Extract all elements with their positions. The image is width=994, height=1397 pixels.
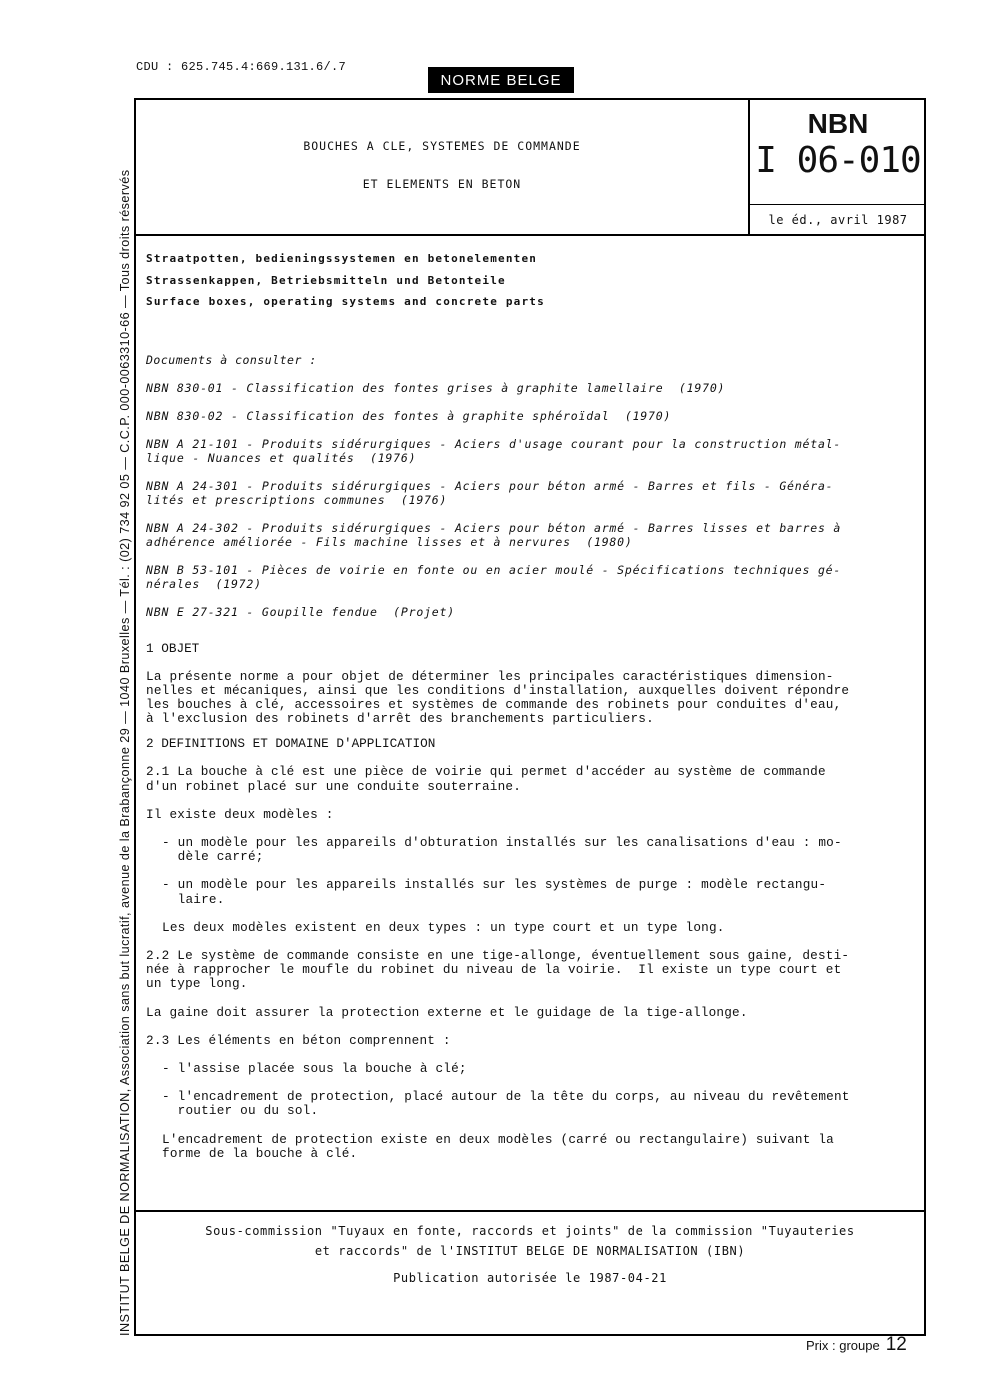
section-2-1-model-2: - un modèle pour les appareils installés… <box>146 878 922 906</box>
document-frame: BOUCHES A CLE, SYSTEMES DE COMMANDE ET E… <box>134 98 926 1336</box>
reference-item: NBN B 53-101 - Pièces de voirie en fonte… <box>146 563 922 591</box>
nbn-label: NBN <box>750 108 926 140</box>
section-2-heading: 2 DEFINITIONS ET DOMAINE D'APPLICATION <box>146 736 922 751</box>
section-2-2-gaine: La gaine doit assurer la protection exte… <box>146 1006 922 1020</box>
section-1-heading: 1 OBJET <box>146 641 922 656</box>
section-2-1-text: 2.1 La bouche à clé est une pièce de voi… <box>146 765 922 793</box>
translation-en: Surface boxes, operating systems and con… <box>146 291 922 313</box>
edition-date: le éd., avril 1987 <box>750 205 926 236</box>
price-label: Prix : groupe <box>806 1338 880 1353</box>
section-2-1-models-intro: Il existe deux modèles : <box>146 808 922 822</box>
section-2-1-types: Les deux modèles existent en deux types … <box>146 921 922 935</box>
section-2-3-item-1: - l'assise placée sous la bouche à clé; <box>146 1062 922 1076</box>
nbn-number: I 06-010 <box>750 140 926 181</box>
section-1-text: La présente norme a pour objet de déterm… <box>146 670 922 727</box>
translation-de: Strassenkappen, Betriebsmitteln und Beto… <box>146 270 922 292</box>
nbn-box: NBN I 06-010 <box>750 100 926 205</box>
section-2-3-text: 2.3 Les éléments en béton comprennent : <box>146 1034 922 1048</box>
reference-list: NBN 830-01 - Classification des fontes g… <box>146 381 922 619</box>
translation-nl: Straatpotten, bedieningssystemen en beto… <box>146 248 922 270</box>
document-title-line2: ET ELEMENTS EN BETON <box>136 177 748 191</box>
reference-item: NBN A 24-302 - Produits sidérurgiques - … <box>146 521 922 549</box>
footer-commission-line2: et raccords" de l'INSTITUT BELGE DE NORM… <box>136 1244 924 1258</box>
reference-item: NBN A 24-301 - Produits sidérurgiques - … <box>146 479 922 507</box>
section-2-3-note: L'encadrement de protection existe en de… <box>146 1133 922 1161</box>
publisher-side-text: INSTITUT BELGE DE NORMALISATION, Associa… <box>118 170 132 1336</box>
section-2-1-model-1: - un modèle pour les appareils d'obturat… <box>146 836 922 864</box>
cdu-classification: CDU : 625.745.4:669.131.6/.7 <box>136 60 346 74</box>
reference-item: NBN 830-01 - Classification des fontes g… <box>146 381 922 395</box>
price-group-number: 12 <box>886 1334 907 1355</box>
norme-belge-badge: NORME BELGE <box>428 67 574 93</box>
reference-item: NBN 830-02 - Classification des fontes à… <box>146 409 922 423</box>
section-2-2-text: 2.2 Le système de commande consiste en u… <box>146 949 922 992</box>
footer-commission-line1: Sous-commission "Tuyaux en fonte, raccor… <box>136 1224 924 1238</box>
document-title-line1: BOUCHES A CLE, SYSTEMES DE COMMANDE <box>136 139 748 153</box>
document-body: Straatpotten, bedieningssystemen en beto… <box>146 248 922 1161</box>
section-2-3-item-2: - l'encadrement de protection, placé aut… <box>146 1090 922 1118</box>
price-group: Prix : groupe12 <box>806 1334 907 1356</box>
title-box: BOUCHES A CLE, SYSTEMES DE COMMANDE ET E… <box>136 100 750 236</box>
translations: Straatpotten, bedieningssystemen en beto… <box>146 248 922 313</box>
footer-box: Sous-commission "Tuyaux en fonte, raccor… <box>136 1210 924 1338</box>
footer-publication-date: Publication autorisée le 1987-04-21 <box>136 1271 924 1285</box>
reference-item: NBN A 21-101 - Produits sidérurgiques - … <box>146 437 922 465</box>
documents-heading: Documents à consulter : <box>146 353 922 367</box>
reference-item: NBN E 27-321 - Goupille fendue (Projet) <box>146 605 922 619</box>
